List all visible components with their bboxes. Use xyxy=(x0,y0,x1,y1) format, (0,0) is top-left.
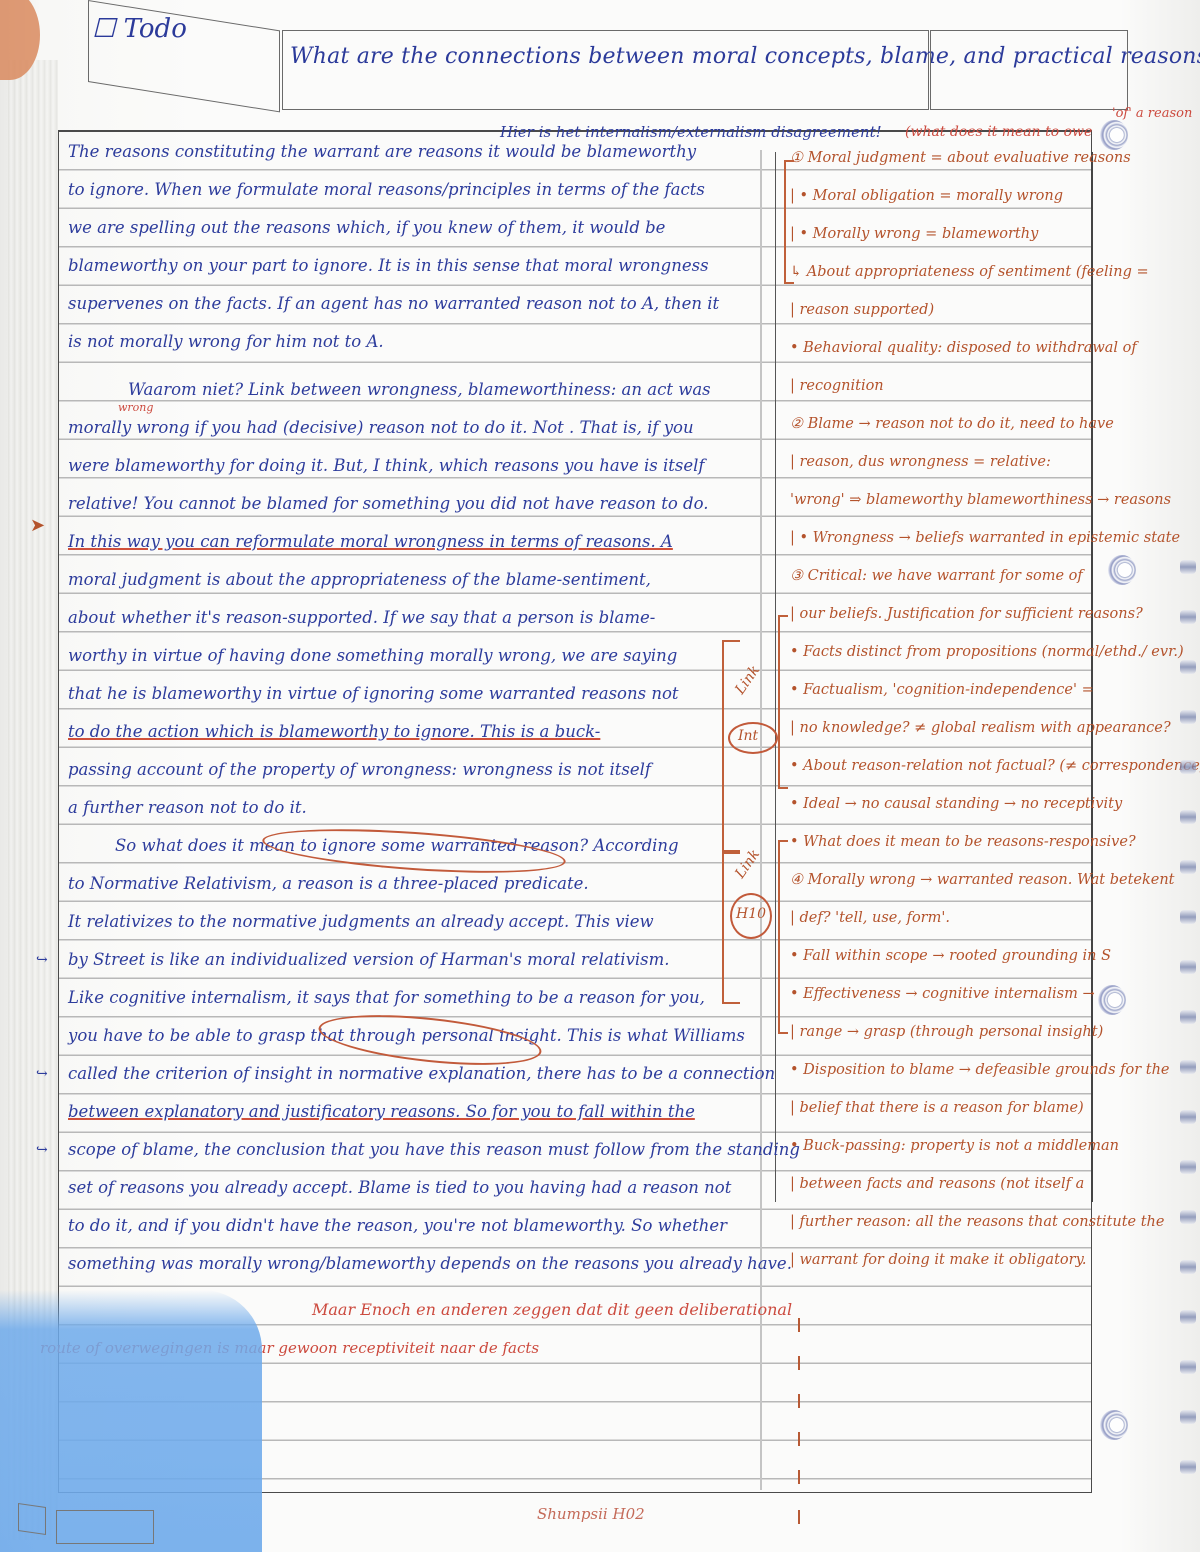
note-line: | • Moral obligation = morally wrong xyxy=(790,186,1063,206)
note-line: | reason supported) xyxy=(790,300,934,320)
text-line: Like cognitive internalism, it says that… xyxy=(68,988,705,1008)
punch-hole xyxy=(1100,120,1128,150)
bottom-annotation-line: Maar Enoch en anderen zeggen dat dit gee… xyxy=(312,1300,792,1320)
note-line: • Disposition to blame → defeasible grou… xyxy=(790,1060,1170,1080)
signature: Shumpsii H02 xyxy=(537,1505,645,1523)
notes-bracket xyxy=(778,615,788,789)
spiral-ring xyxy=(1180,860,1196,874)
text-line: scope of blame, the conclusion that you … xyxy=(68,1140,800,1160)
spiral-ring xyxy=(1180,1410,1196,1424)
text-line: moral judgment is about the appropriaten… xyxy=(68,570,651,590)
text-line: to Normative Relativism, a reason is a t… xyxy=(68,874,589,894)
note-line: • Facts distinct from propositions (norm… xyxy=(790,642,1184,662)
spiral-ring xyxy=(1180,1060,1196,1074)
note-line: | warrant for doing it make it obligator… xyxy=(790,1250,1086,1270)
text-line: The reasons constituting the warrant are… xyxy=(68,142,696,162)
text-line: by Street is like an individualized vers… xyxy=(68,950,670,970)
title-box xyxy=(282,30,929,110)
note-line: • Ideal → no causal standing → no recept… xyxy=(790,794,1122,814)
spiral-ring xyxy=(1180,1260,1196,1274)
note-line: | def? 'tell, use, form'. xyxy=(790,908,950,928)
text-line: In this way you can reformulate moral wr… xyxy=(68,532,673,552)
punch-hole xyxy=(1098,985,1126,1015)
margin-arrow-icon: ↪ xyxy=(36,952,48,968)
tick-mark xyxy=(798,1356,800,1370)
note-line: | no knowledge? ≠ global realism with ap… xyxy=(790,718,1171,738)
text-line: passing account of the property of wrong… xyxy=(68,760,651,780)
note-line: | recognition xyxy=(790,376,884,396)
text-line: set of reasons you already accept. Blame… xyxy=(68,1178,731,1198)
note-line: | belief that there is a reason for blam… xyxy=(790,1098,1084,1118)
notes-bracket xyxy=(784,160,794,284)
text-line: to ignore. When we formulate moral reaso… xyxy=(68,180,705,200)
text-line: to do it, and if you didn't have the rea… xyxy=(68,1216,727,1236)
punch-hole xyxy=(1100,1410,1128,1440)
annotation-internalism: Hier is het internalism/externalism disa… xyxy=(500,122,882,142)
note-line: • What does it mean to be reasons-respon… xyxy=(790,832,1136,852)
note-line: • Buck-passing: property is not a middle… xyxy=(790,1136,1119,1156)
note-line: | • Morally wrong = blameworthy xyxy=(790,224,1038,244)
annotation-owe-question: (what does it mean to owe xyxy=(905,122,1092,142)
text-line: that he is blameworthy in virtue of igno… xyxy=(68,684,679,704)
margin-divider xyxy=(760,150,762,1490)
spiral-ring xyxy=(1180,560,1196,574)
text-line: is not morally wrong for him not to A. xyxy=(68,332,384,352)
text-line: were blameworthy for doing it. But, I th… xyxy=(68,456,705,476)
spiral-ring xyxy=(1180,1360,1196,1374)
text-line: supervenes on the facts. If an agent has… xyxy=(68,294,719,314)
tick-mark xyxy=(798,1318,800,1332)
text-line: between explanatory and justificatory re… xyxy=(68,1102,695,1122)
margin-arrow-icon: ↪ xyxy=(36,1066,48,1082)
circle-badge-label: H10 xyxy=(736,904,766,924)
text-line: something was morally wrong/blameworthy … xyxy=(68,1254,792,1274)
text-line: we are spelling out the reasons which, i… xyxy=(68,218,665,238)
spiral-ring xyxy=(1180,1010,1196,1024)
note-line: • Fall within scope → rooted grounding i… xyxy=(790,946,1111,966)
margin-arrow-icon: ➤ xyxy=(30,515,45,536)
note-line: • Behavioral quality: disposed to withdr… xyxy=(790,338,1137,358)
note-line: | our beliefs. Justification for suffici… xyxy=(790,604,1143,624)
note-line: 'wrong' ⇒ blameworthy blameworthiness → … xyxy=(790,490,1171,510)
text-line: called the criterion of insight in norma… xyxy=(68,1064,775,1084)
note-line: | reason, dus wrongness = relative: xyxy=(790,452,1051,472)
note-line: • Factualism, 'cognition-independence' = xyxy=(790,680,1094,700)
spiral-ring xyxy=(1180,1210,1196,1224)
spiral-ring xyxy=(1180,1160,1196,1174)
footer-small-box xyxy=(18,1503,46,1535)
text-line: It relativizes to the normative judgment… xyxy=(68,912,654,932)
text-line: to do the action which is blameworthy to… xyxy=(68,722,600,742)
note-line: | range → grasp (through personal insigh… xyxy=(790,1022,1103,1042)
inserted-word: wrong xyxy=(118,398,153,418)
text-line: worthy in virtue of having done somethin… xyxy=(68,646,677,666)
punch-hole xyxy=(1108,555,1136,585)
note-line: ↳ About appropriateness of sentiment (fe… xyxy=(790,262,1149,282)
spiral-ring xyxy=(1180,710,1196,724)
spiral-ring xyxy=(1180,960,1196,974)
date-box xyxy=(930,30,1128,110)
tick-mark xyxy=(798,1510,800,1524)
note-line: • About reason-relation not factual? (≠ … xyxy=(790,756,1200,776)
note-line: ④ Morally wrong → warranted reason. Wat … xyxy=(790,870,1175,890)
notes-bracket xyxy=(778,840,788,1034)
notebook-page: ☐ Todo What are the connections between … xyxy=(0,0,1200,1552)
topic-label: ☐ Todo xyxy=(92,14,187,44)
spiral-ring xyxy=(1180,910,1196,924)
margin-arrow-icon: ↪ xyxy=(36,1142,48,1158)
note-line: | between facts and reasons (not itself … xyxy=(790,1174,1084,1194)
note-line: | further reason: all the reasons that c… xyxy=(790,1212,1164,1232)
spiral-ring xyxy=(1180,1460,1196,1474)
tick-mark xyxy=(798,1394,800,1408)
note-line: ③ Critical: we have warrant for some of xyxy=(790,566,1083,586)
text-line: relative! You cannot be blamed for somet… xyxy=(68,494,709,514)
spiral-ring xyxy=(1180,1310,1196,1324)
circle-badge-label: Int xyxy=(738,726,758,746)
text-line: a further reason not to do it. xyxy=(68,798,307,818)
spiral-ring xyxy=(1180,1110,1196,1124)
spiral-ring xyxy=(1180,810,1196,824)
annotation-of-a-reason: 'of' a reason xyxy=(1112,104,1192,124)
note-line: ② Blame → reason not to do it, need to h… xyxy=(790,414,1114,434)
note-line: ① Moral judgment = about evaluative reas… xyxy=(790,148,1131,168)
spiral-ring xyxy=(1180,610,1196,624)
text-line: Waarom niet? Link between wrongness, bla… xyxy=(128,380,711,400)
note-line: | • Wrongness → beliefs warranted in epi… xyxy=(790,528,1180,548)
tick-mark xyxy=(798,1432,800,1446)
spiral-ring xyxy=(1180,760,1196,774)
text-line: about whether it's reason-supported. If … xyxy=(68,608,655,628)
footer-box xyxy=(56,1510,154,1544)
text-line: blameworthy on your part to ignore. It i… xyxy=(68,256,709,276)
text-line: morally wrong if you had (decisive) reas… xyxy=(68,418,694,438)
note-line: • Effectiveness → cognitive internalism … xyxy=(790,984,1095,1004)
tick-mark xyxy=(798,1470,800,1484)
spiral-ring xyxy=(1180,660,1196,674)
